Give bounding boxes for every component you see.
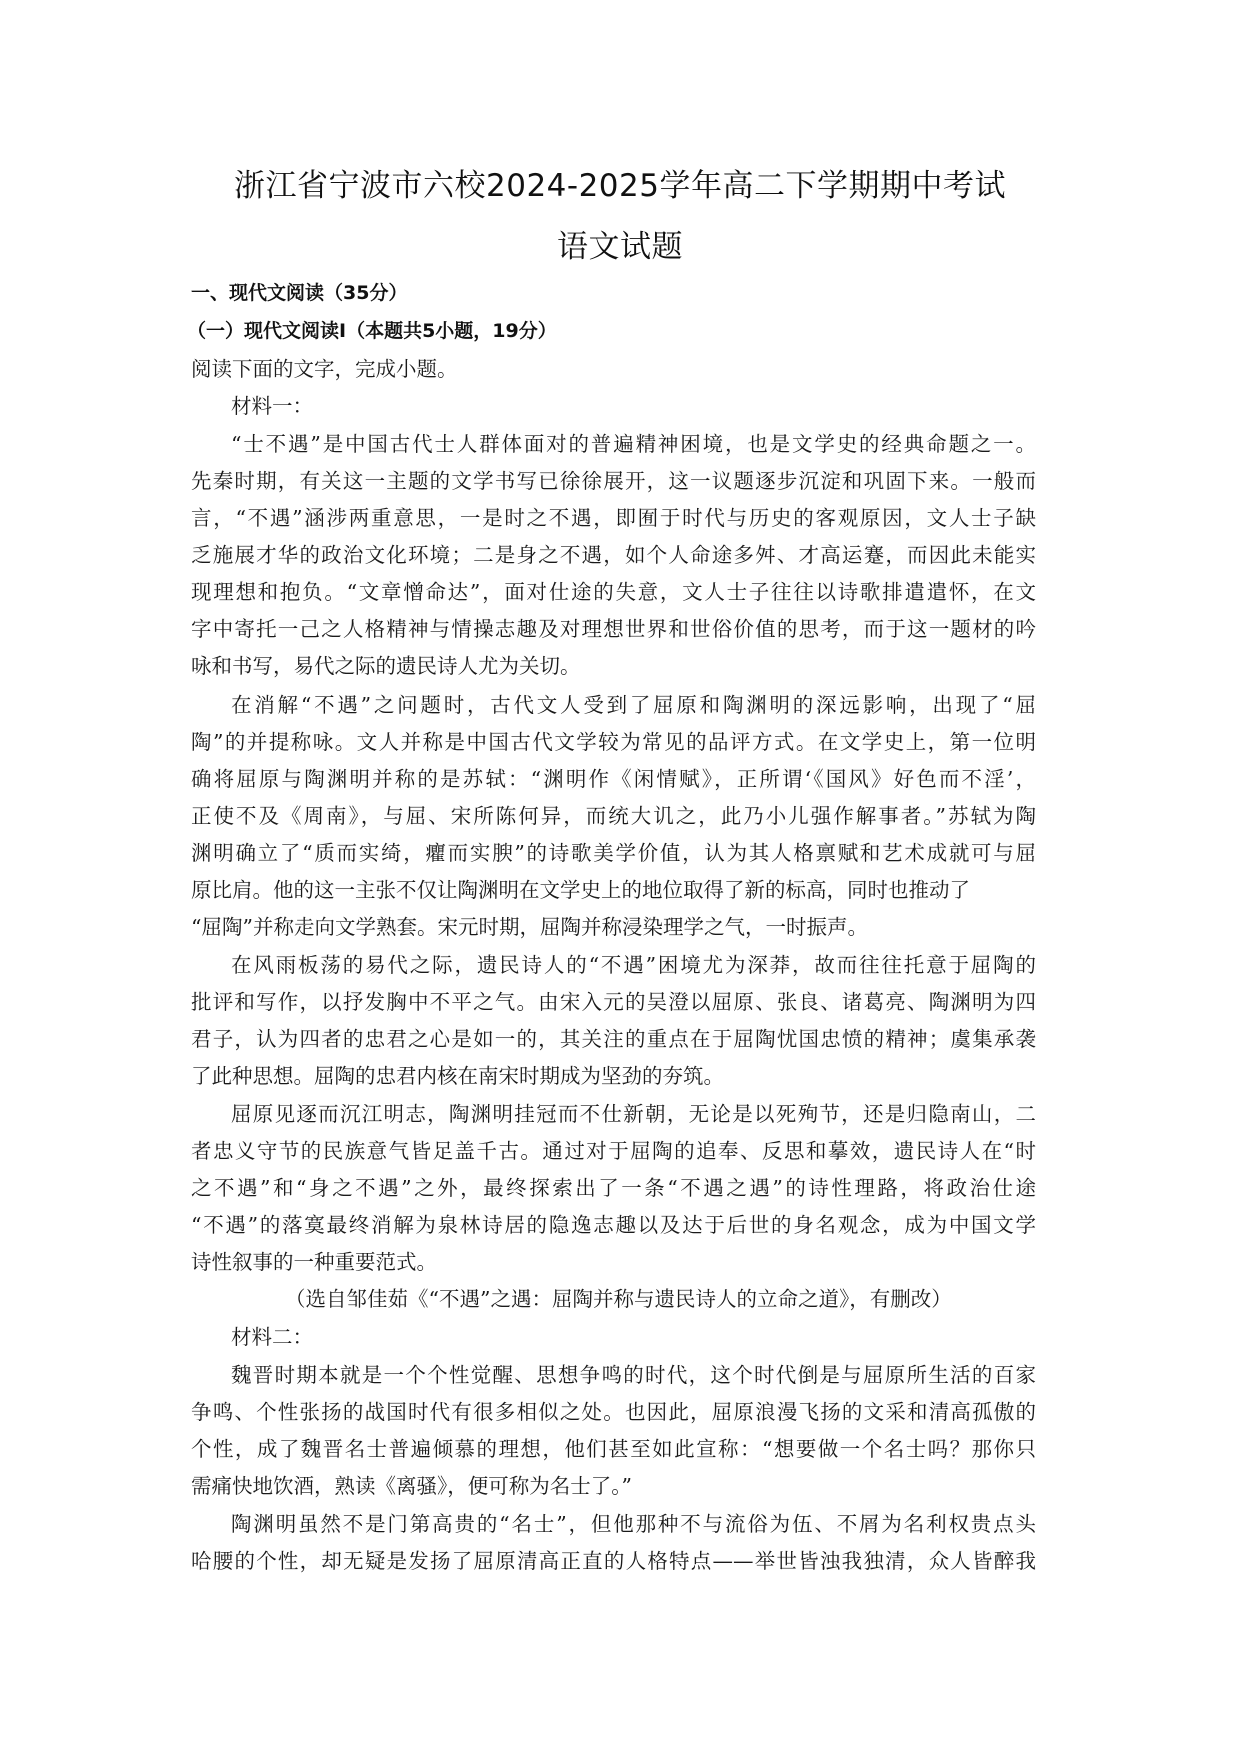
instruction-text: 阅读下面的文字，完成小题。 [191, 355, 458, 383]
paragraph-line: 之不遇”和“身之不遇”之外，最终探索出了一条“不遇之遇”的诗性理路，将政治仕途 [191, 1174, 1036, 1202]
paragraph-line: 争鸣、个性张扬的战国时代有很多相似之处。也因此，屈原浪漫飞扬的文采和清高孤傲的 [191, 1398, 1036, 1426]
paragraph-line: 乏施展才华的政治文化环境；二是身之不遇，如个人命途多舛、才高运蹇，而因此未能实 [191, 541, 1036, 569]
paragraph-line: 字中寄托一己之人格精神与情操志趣及对理想世界和世俗价值的思考，而于这一题材的吟 [191, 615, 1036, 643]
paragraph-line: “士不遇”是中国古代士人群体面对的普遍精神困境，也是文学史的经典命题之一。 [231, 430, 1036, 458]
document-page: 浙江省宁波市六校2024-2025学年高二下学期期中考试 语文试题 一、现代文阅… [0, 0, 1240, 1754]
paragraph-line: 了此种思想。屈陶的忠君内核在南宋时期成为坚劲的夯筑。 [191, 1062, 724, 1090]
material1-label: 材料一： [231, 392, 313, 420]
paragraph-line: 原比肩。他的这一主张不仅让陶渊明在文学史上的地位取得了新的标高，同时也推动了 [191, 876, 970, 904]
paragraph-line: 批评和写作，以抒发胸中不平之气。由宋入元的吴澄以屈原、张良、诸葛亮、陶渊明为四 [191, 988, 1036, 1016]
subsection-heading: （一）现代文阅读Ⅰ（本题共5小题，19分） [187, 318, 557, 344]
paragraph-line: “屈陶”并称走向文学熟套。宋元时期，屈陶并称浸染理学之气，一时振声。 [191, 913, 868, 941]
paragraph-line: 陶渊明虽然不是门第高贵的“名士”，但他那种不与流俗为伍、不屑为名利权贵点头 [231, 1510, 1036, 1538]
paragraph-line: 言，“不遇”涵涉两重意思，一是时之不遇，即囿于时代与历史的客观原因，文人士子缺 [191, 504, 1036, 532]
paragraph-line: 屈原见逐而沉江明志，陶渊明挂冠而不仕新朝，无论是以死殉节，还是归隐南山，二 [231, 1100, 1036, 1128]
document-title: 浙江省宁波市六校2024-2025学年高二下学期期中考试 [0, 166, 1240, 206]
paragraph-line: 者忠义守节的民族意气皆足盖千古。通过对于屈陶的追奉、反思和摹效，遗民诗人在“时 [191, 1137, 1036, 1165]
paragraph-line: 魏晋时期本就是一个个性觉醒、思想争鸣的时代，这个时代倒是与屈原所生活的百家 [231, 1361, 1036, 1389]
paragraph-line: 君子，认为四者的忠君之心是如一的，其关注的重点在于屈陶忧国忠愤的精神；虞集承袭 [191, 1025, 1036, 1053]
paragraph-line: 正使不及《周南》，与屈、宋所陈何异，而统大讥之，此乃小儿强作解事者。”苏轼为陶 [191, 802, 1036, 830]
paragraph-line: 在消解“不遇”之问题时，古代文人受到了屈原和陶渊明的深远影响，出现了“屈 [231, 691, 1036, 719]
paragraph-line: 确将屈原与陶渊明并称的是苏轼：“渊明作《闲情赋》，正所谓‘《国风》好色而不淫’， [191, 765, 1036, 793]
document-subtitle: 语文试题 [0, 227, 1240, 267]
paragraph-line: 诗性叙事的一种重要范式。 [191, 1248, 437, 1276]
paragraph-line: “不遇”的落寞最终消解为泉林诗居的隐逸志趣以及达于后世的身名观念，成为中国文学 [191, 1211, 1036, 1239]
paragraph-line: 先秦时期，有关这一主题的文学书写已徐徐展开，这一议题逐步沉淀和巩固下来。一般而 [191, 467, 1036, 495]
material2-label: 材料二： [231, 1323, 313, 1351]
paragraph-line: 现理想和抱负。“文章憎命达”，面对仕途的失意，文人士子往往以诗歌排遣遣怀，在文 [191, 578, 1036, 606]
section-heading: 一、现代文阅读（35分） [191, 280, 407, 306]
paragraph-line: 渊明确立了“质而实绮，癯而实腴”的诗歌美学价值，认为其人格禀赋和艺术成就可与屈 [191, 839, 1036, 867]
paragraph-line: 陶”的并提称咏。文人并称是中国古代文学较为常见的品评方式。在文学史上，第一位明 [191, 728, 1036, 756]
paragraph-line: 需痛快地饮酒，熟读《离骚》，便可称为名士了。” [191, 1472, 632, 1500]
paragraph-line: 个性，成了魏晋名士普遍倾慕的理想，他们甚至如此宣称：“想要做一个名士吗？那你只 [191, 1435, 1036, 1463]
paragraph-line: 哈腰的个性，却无疑是发扬了屈原清高正直的人格特点——举世皆浊我独清，众人皆醉我 [191, 1547, 1036, 1575]
paragraph-line: 咏和书写，易代之际的遗民诗人尤为关切。 [191, 652, 581, 680]
paragraph-line: 在风雨板荡的易代之际，遗民诗人的“不遇”困境尤为深莽，故而往往托意于屈陶的 [231, 951, 1036, 979]
source-citation: （选自邹佳茹《“不遇”之遇：屈陶并称与遗民诗人的立命之道》，有删改） [285, 1285, 1036, 1313]
